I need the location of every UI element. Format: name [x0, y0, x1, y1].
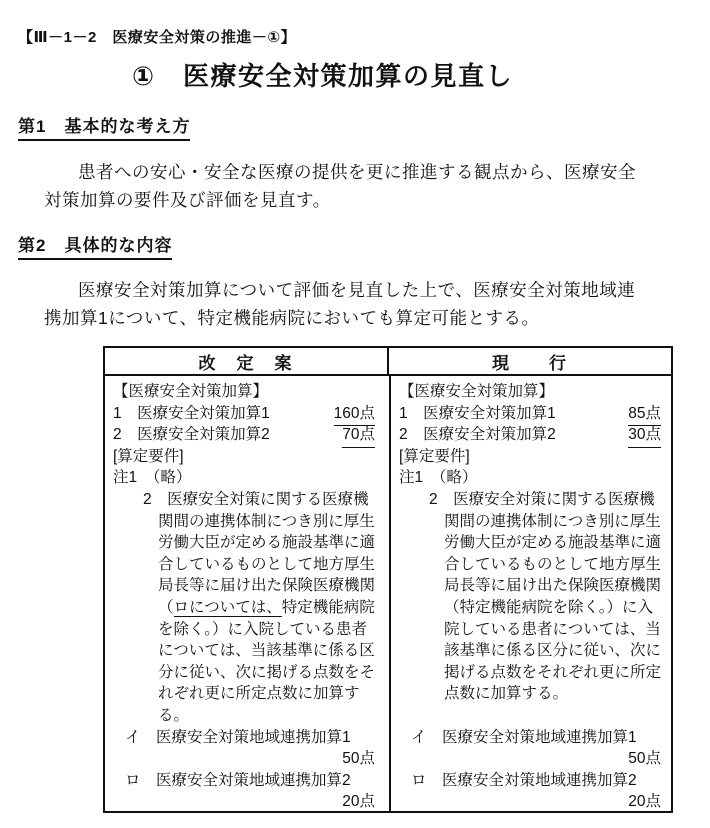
fee-item-row: 2 医療安全対策加算2 30点	[399, 424, 661, 446]
fee-item-points: 85点	[628, 403, 661, 427]
subitem-ro-label: ロ 医療安全対策地域連携加算2	[399, 770, 661, 792]
section2-heading-text: 第2 具体的な内容	[18, 231, 172, 260]
addition-caption: 【医療安全対策加算】	[113, 381, 375, 403]
paren-open: （	[158, 599, 174, 616]
note2-line: を除く。）に入院している患者	[113, 619, 375, 641]
fee-item-points: 160点	[334, 403, 375, 427]
note2-line: 院している患者については、当	[399, 619, 661, 641]
page-title: ① 医療安全対策加算の見直し	[132, 56, 513, 93]
section1-heading: 第1 基本的な考え方	[18, 112, 190, 141]
paragraph-line: 医療安全対策加算について評価を見直した上で、医療安全対策地域連	[44, 276, 635, 304]
section2-heading: 第2 具体的な内容	[18, 231, 172, 260]
subitem-ro-points: 20点	[113, 791, 375, 813]
note1-line: 注1 （略）	[113, 467, 375, 489]
note2-line: 局長等に届け出た保険医療機関	[399, 575, 661, 597]
document-page: 【Ⅲ－1－2 医療安全対策の推進－①】 ① 医療安全対策加算の見直し 第1 基本…	[0, 0, 710, 828]
subitem-ro-points: 20点	[399, 791, 661, 813]
spacer-line	[399, 705, 661, 727]
table-cell-revised: 【医療安全対策加算】 1 医療安全対策加算1 160点 2 医療安全対策加算2 …	[105, 376, 389, 813]
subitem-i-label: イ 医療安全対策地域連携加算1	[113, 727, 375, 749]
section2-paragraph: 医療安全対策加算について評価を見直した上で、医療安全対策地域連 携加算1について…	[44, 276, 635, 332]
fee-item-label: 2 医療安全対策加算2	[399, 424, 556, 446]
section1-heading-text: 第1 基本的な考え方	[18, 112, 190, 141]
note2-line: れぞれ更に所定点数に加算す	[113, 683, 375, 705]
note2-line: る。	[113, 705, 375, 727]
fee-item-row: 2 医療安全対策加算2 70点	[113, 424, 375, 446]
note2-line: 局長等に届け出た保険医療機関	[113, 575, 375, 597]
note2-line: 点数に加算する。	[399, 683, 661, 705]
note2-line: （特定機能病院を除く。）に入	[399, 597, 661, 619]
note2-line: 労働大臣が定める施設基準に適	[399, 532, 661, 554]
note2-line: 労働大臣が定める施設基準に適	[113, 532, 375, 554]
fee-item-label: 1 医療安全対策加算1	[399, 403, 556, 425]
note2-line: 関間の連携体制につき別に厚生	[113, 511, 375, 533]
fee-item-points: 70点	[342, 424, 375, 448]
fee-item-row: 1 医療安全対策加算1 85点	[399, 403, 661, 425]
table-cell-current: 【医療安全対策加算】 1 医療安全対策加算1 85点 2 医療安全対策加算2 3…	[389, 376, 675, 813]
note2-line: については、当該基準に係る区	[113, 640, 375, 662]
paragraph-line: 携加算1について、特定機能病院においても算定可能とする。	[44, 304, 635, 332]
note2-line: 掲げる点数をそれぞれ更に所定	[399, 662, 661, 684]
subitem-i-points: 50点	[399, 748, 661, 770]
fee-item-row: 1 医療安全対策加算1 160点	[113, 403, 375, 425]
subitem-ro-label: ロ 医療安全対策地域連携加算2	[113, 770, 375, 792]
paren-rest: 特定機能病院	[282, 599, 375, 616]
paragraph-line: 対策加算の要件及び評価を見直す。	[44, 186, 636, 214]
fee-item-label: 2 医療安全対策加算2	[113, 424, 270, 446]
note2-line: 合しているものとして地方厚生	[113, 554, 375, 576]
fee-item-label: 1 医療安全対策加算1	[113, 403, 270, 425]
addition-caption: 【医療安全対策加算】	[399, 381, 661, 403]
note2-line: 合しているものとして地方厚生	[399, 554, 661, 576]
note2-line-parenthetical: （ロについては、特定機能病院	[113, 597, 375, 619]
fee-item-points: 30点	[628, 424, 661, 448]
table-body: 【医療安全対策加算】 1 医療安全対策加算1 160点 2 医療安全対策加算2 …	[105, 376, 671, 813]
note2-line: 2 医療安全対策に関する医療機	[399, 489, 661, 511]
requirements-label: [算定要件]	[113, 446, 375, 468]
paragraph-line: 患者への安心・安全な医療の提供を更に推進する観点から、医療安全	[44, 158, 636, 186]
table-header-current: 現 行	[387, 348, 671, 374]
subitem-i-points: 50点	[113, 748, 375, 770]
table-header-revised: 改 定 案	[105, 348, 387, 374]
note2-line: 関間の連携体制につき別に厚生	[399, 511, 661, 533]
section1-paragraph: 患者への安心・安全な医療の提供を更に推進する観点から、医療安全 対策加算の要件及…	[44, 158, 636, 214]
note1-line: 注1 （略）	[399, 467, 661, 489]
note2-line: 分に従い、次に掲げる点数をそ	[113, 662, 375, 684]
note2-line: 該基準に係る区分に従い、次に	[399, 640, 661, 662]
subitem-i-label: イ 医療安全対策地域連携加算1	[399, 727, 661, 749]
note2-line: 2 医療安全対策に関する医療機	[113, 489, 375, 511]
doc-label: 【Ⅲ－1－2 医療安全対策の推進－①】	[18, 26, 296, 47]
comparison-table: 改 定 案 現 行 【医療安全対策加算】 1 医療安全対策加算1 160点 2 …	[103, 346, 673, 813]
table-header-row: 改 定 案 現 行	[105, 348, 671, 376]
underlined-amendment-text: ロについては、	[174, 599, 282, 617]
requirements-label: [算定要件]	[399, 446, 661, 468]
